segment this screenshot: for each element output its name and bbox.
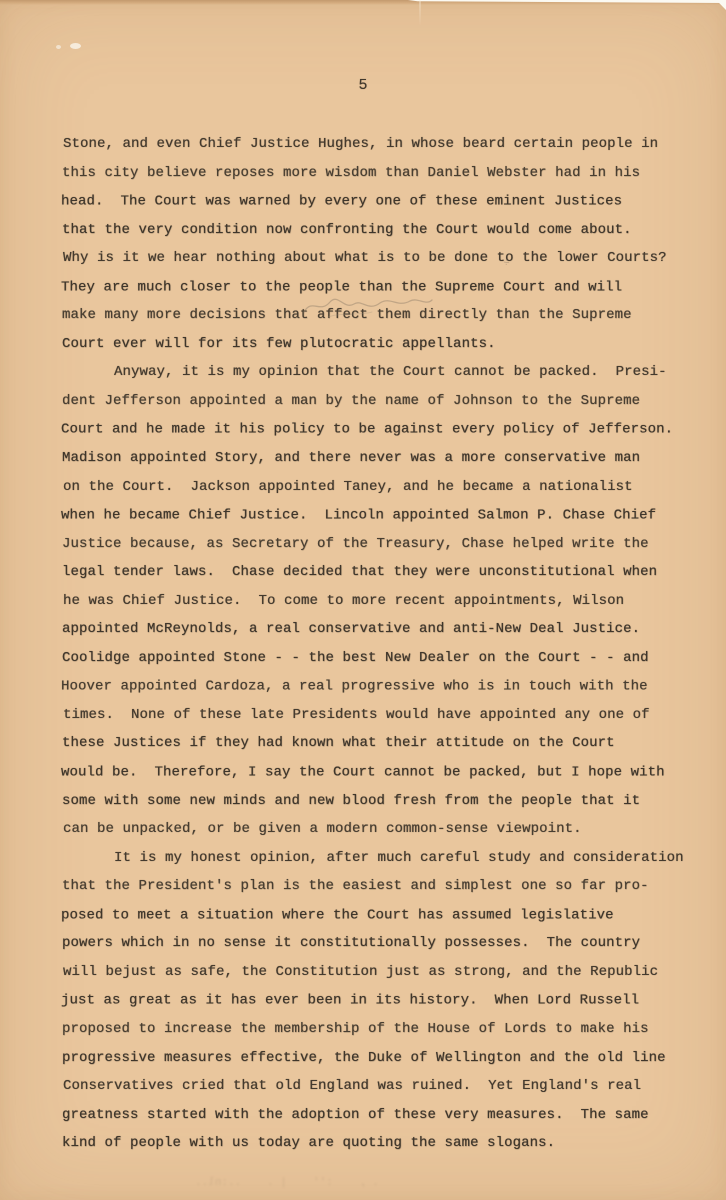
typed-line: Coolidge appointed Stone - - the best Ne… (62, 644, 722, 673)
typed-line: posed to meet a situation where the Cour… (61, 901, 721, 930)
typed-line: this city believe reposes more wisdom th… (62, 159, 722, 188)
paragraph: Stone, and even Chief Justice Hughes, in… (62, 130, 722, 358)
typed-line: Hoover appointed Cardoza, a real progres… (61, 673, 721, 702)
typed-line: kind of people with us today are quoting… (62, 1129, 722, 1158)
typed-line: Court ever will for its few plutocratic … (62, 330, 722, 359)
paragraph: Anyway, it is my opinion that the Court … (62, 358, 722, 843)
paper-crease (419, 0, 421, 26)
typed-line: appointed McReynolds, a real conservativ… (62, 615, 722, 644)
ink-bleed-through: ..:nl..| .:''. , (195, 1172, 525, 1188)
typed-line: progressive measures effective, the Duke… (62, 1044, 722, 1073)
paper-speck (56, 45, 61, 49)
typed-line: on the Court. Jackson appointed Taney, a… (63, 472, 723, 501)
typed-line: that the President's plan is the easiest… (62, 872, 722, 901)
typed-line: times. None of these late Presidents wou… (63, 701, 723, 730)
typed-line: Justice because, as Secretary of the Tre… (62, 530, 722, 559)
typed-line: when he became Chief Justice. Lincoln ap… (61, 501, 721, 530)
typed-line: It is my honest opinion, after much care… (63, 843, 723, 872)
paragraph: It is my honest opinion, after much care… (62, 844, 722, 1158)
typed-text-body: Stone, and even Chief Justice Hughes, in… (62, 130, 722, 1158)
typed-line: Court and he made it his policy to be ag… (61, 416, 721, 445)
typed-line: dent Jefferson appointed a man by the na… (62, 387, 722, 416)
typed-line: these Justices if they had known what th… (62, 729, 722, 758)
typed-line: Anyway, it is my opinion that the Court … (63, 358, 723, 387)
typed-line: would be. Therefore, I say the Court can… (61, 758, 721, 787)
typed-line: head. The Court was warned by every one … (61, 187, 721, 216)
typed-line: he was Chief Justice. To come to more re… (63, 587, 723, 616)
typed-line: Stone, and even Chief Justice Hughes, in… (63, 130, 723, 159)
typed-line: powers which in no sense it constitution… (62, 929, 722, 958)
typed-line: greatness started with the adoption of t… (62, 1101, 722, 1130)
typed-line: proposed to increase the membership of t… (62, 1015, 722, 1044)
typed-line: will bejust as safe, the Constitution ju… (63, 958, 723, 987)
typed-line: legal tender laws. Chase decided that th… (62, 558, 722, 587)
pencil-annotation (298, 290, 438, 320)
document-page: 5 Stone, and even Chief Justice Hughes, … (0, 0, 726, 1200)
page-number: 5 (0, 77, 726, 94)
typed-line: Why is it we hear nothing about what is … (63, 244, 723, 273)
typed-line: just as great as it has ever been in its… (61, 987, 721, 1016)
typed-line: that the very condition now confronting … (62, 216, 722, 245)
typed-line: Conservatives cried that old England was… (63, 1072, 723, 1101)
paper-speck (70, 43, 81, 49)
typed-line: some with some new minds and new blood f… (62, 787, 722, 816)
typed-line: can be unpacked, or be given a modern co… (63, 815, 723, 844)
typed-line: Madison appointed Story, and there never… (62, 444, 722, 473)
